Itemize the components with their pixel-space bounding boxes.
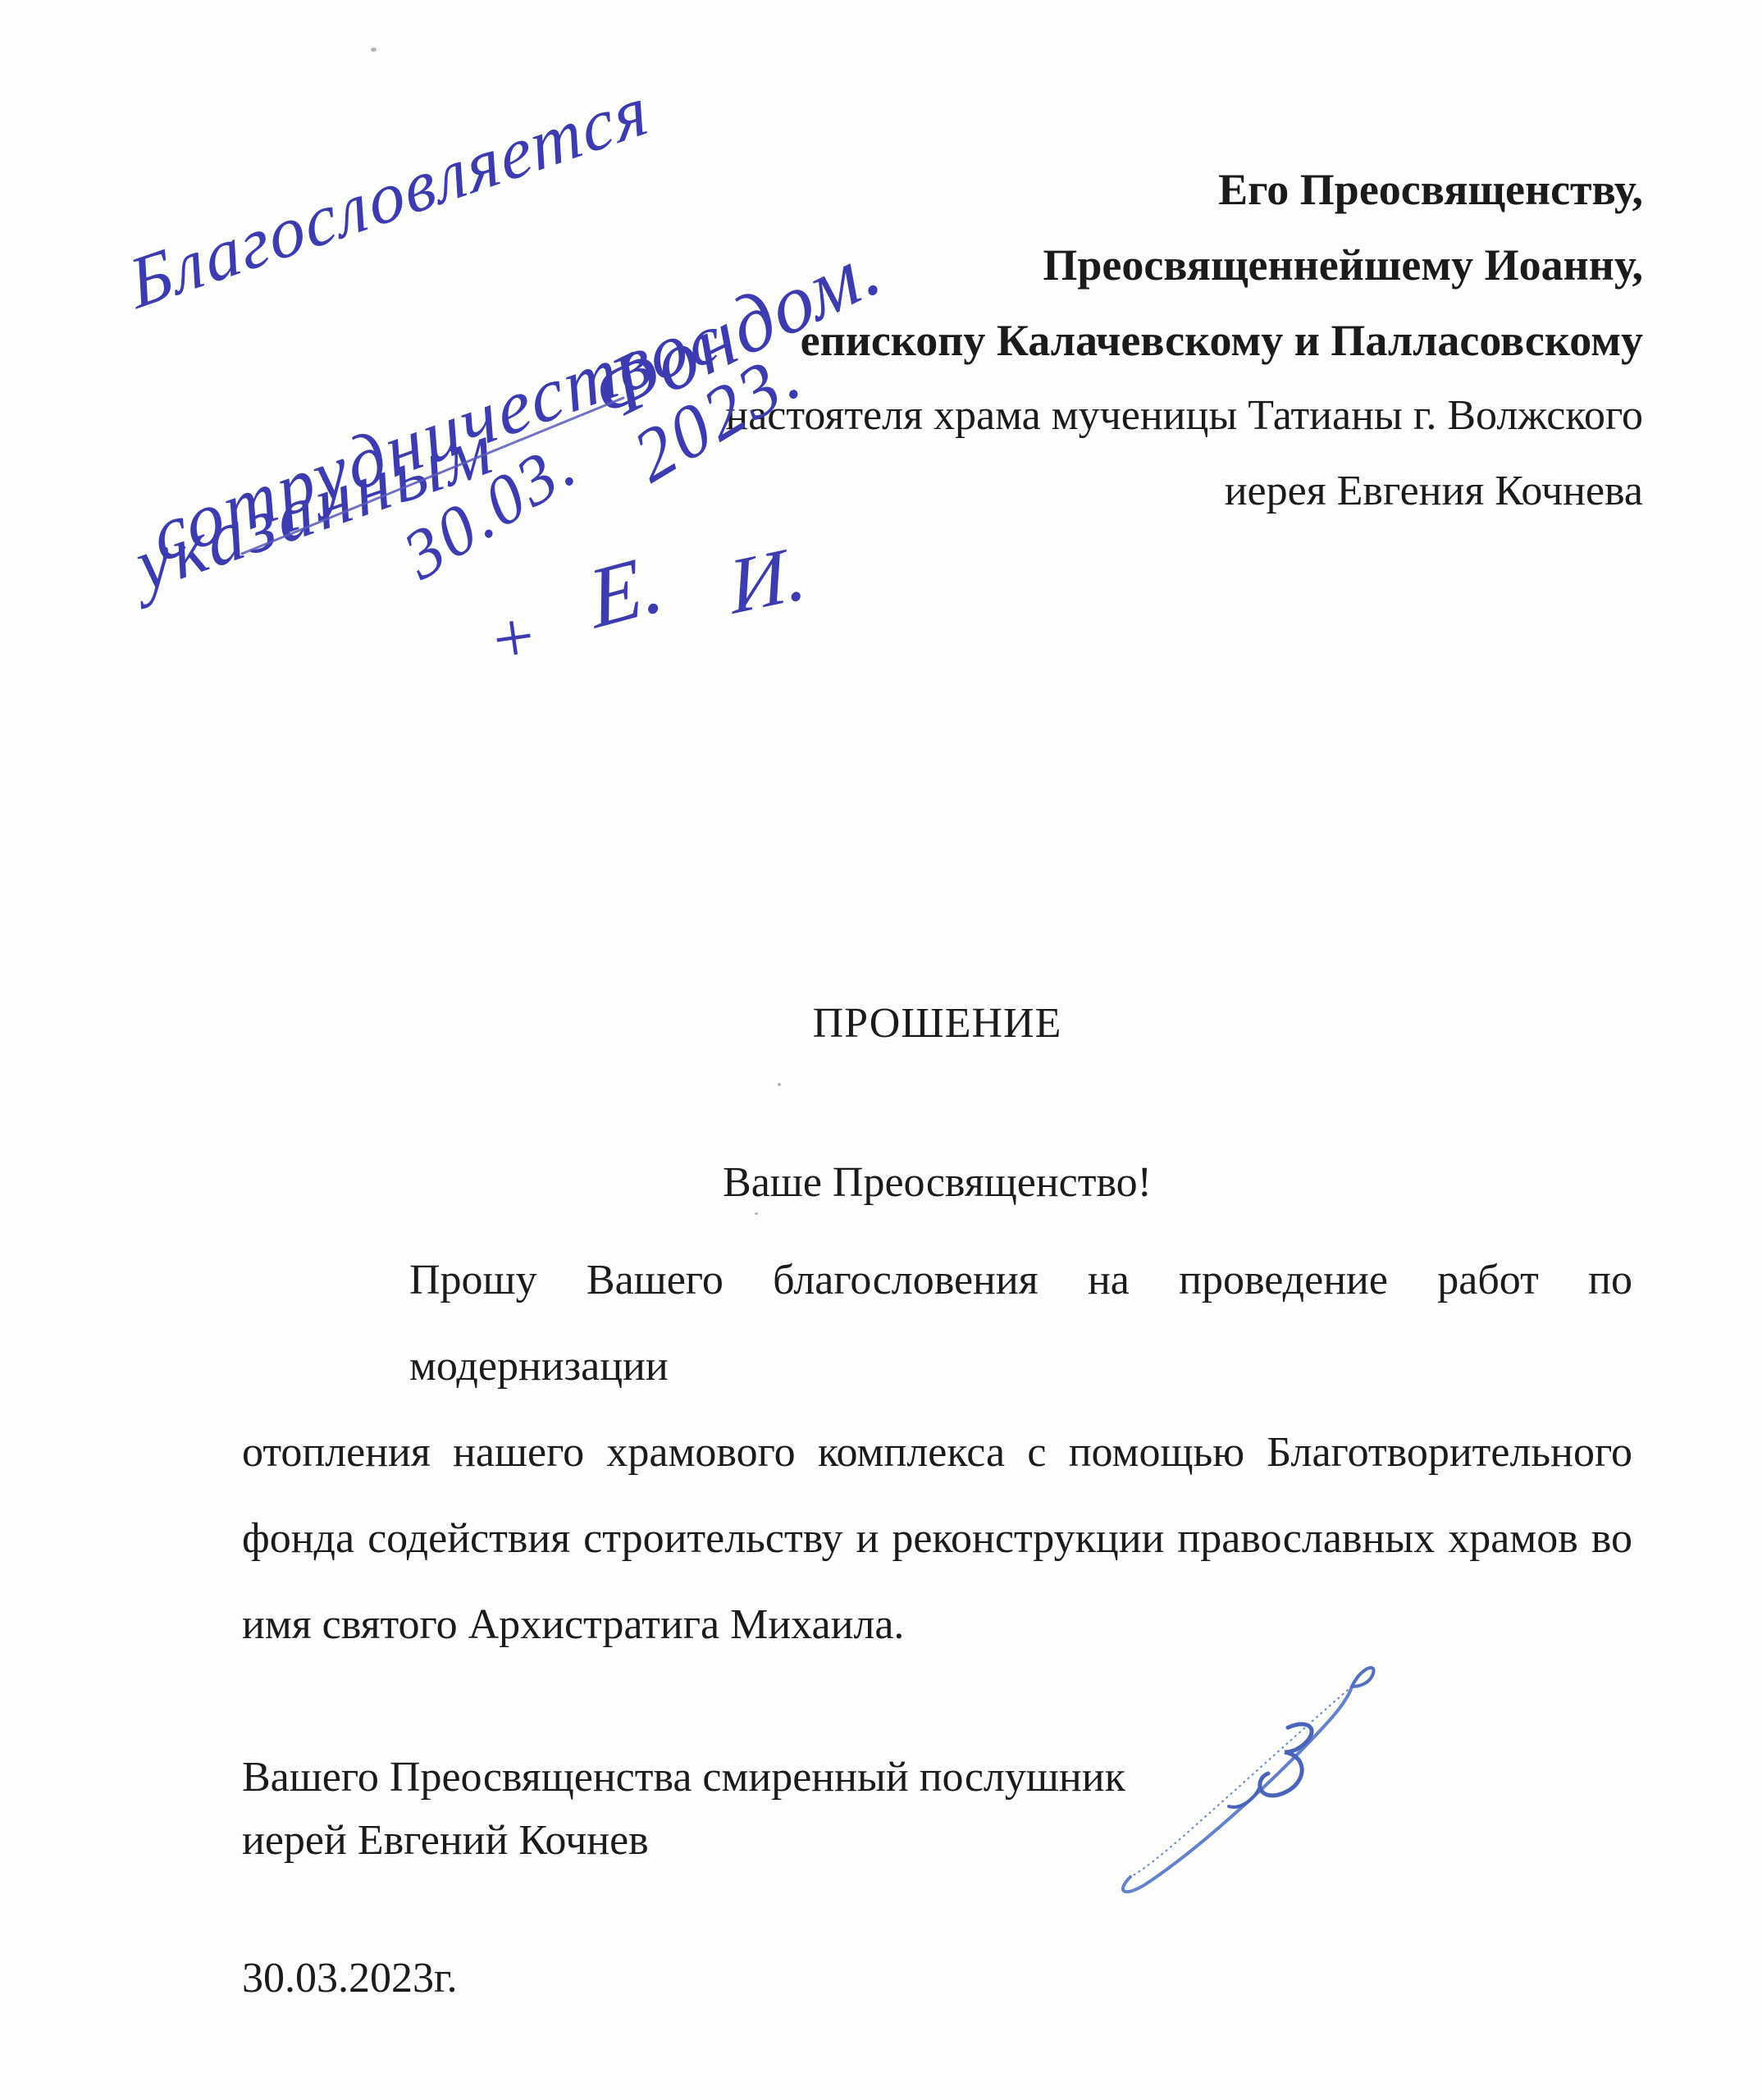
body-line-3: фонда содействия строительству и реконст… <box>242 1495 1632 1582</box>
date: 30.03.2023г. <box>242 1954 457 2003</box>
handwriting-initial-e: Е. <box>583 532 669 648</box>
body-paragraph: Прошу Вашего благословения на проведение… <box>242 1237 1632 1668</box>
handwriting-blessing-word: Благословляется <box>122 67 657 326</box>
body-line-1: Прошу Вашего благословения на проведение… <box>242 1237 1632 1409</box>
addressee-line-1: Его Преосвященству, <box>725 152 1643 227</box>
salutation: Ваше Преосвященство! <box>242 1158 1632 1207</box>
addressee-block: Его Преосвященству, Преосвященнейшему Ио… <box>725 152 1643 529</box>
handwriting-initial-i: И. <box>725 526 810 632</box>
signature-flourish <box>1099 1649 1427 1903</box>
addressee-line-4: настоятеля храма мученицы Татианы г. Вол… <box>725 378 1643 454</box>
body-line-2: отопления нашего храмового комплекса с п… <box>242 1409 1632 1495</box>
scanned-letter-page: Его Преосвященству, Преосвященнейшему Ио… <box>0 0 1762 2100</box>
scan-speck <box>371 48 377 52</box>
document-title: ПРОШЕНИЕ <box>242 999 1632 1048</box>
closing-block: Вашего Преосвященства смиренный послушни… <box>242 1746 1125 1872</box>
scan-speck <box>778 1083 781 1086</box>
closing-line-1: Вашего Преосвященства смиренный послушни… <box>242 1746 1125 1809</box>
addressee-line-5: иерея Евгения Кочнева <box>725 454 1643 529</box>
scan-speck <box>755 1212 758 1215</box>
handwriting-cross-mark: + <box>483 594 543 682</box>
closing-line-2: иерей Евгений Кочнев <box>242 1809 1125 1872</box>
